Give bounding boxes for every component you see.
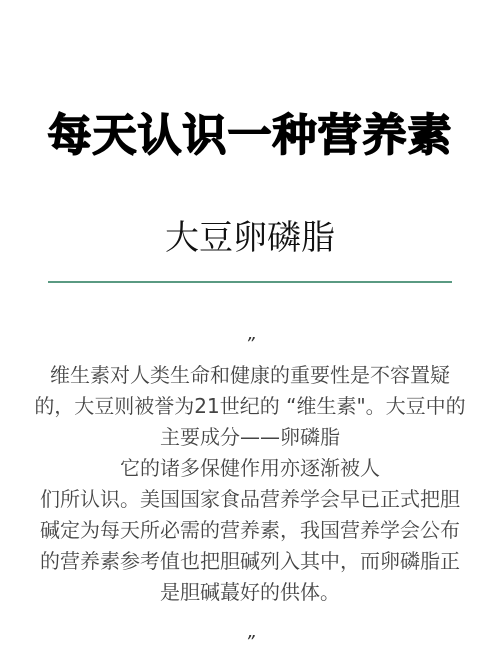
article-line: 们所认识。美国国家食品营养学会早已正式把胆 <box>0 484 500 515</box>
article-line: 是胆碱蕞好的供体。 <box>0 577 500 608</box>
article-body: 维生素对人类生命和健康的重要性是不容置疑 的，大豆则被誉为21世纪的 “维生素"… <box>0 360 500 608</box>
open-quote-mark: ” <box>0 334 500 355</box>
page-subtitle: 大豆卵磷脂 <box>0 216 500 260</box>
article-line: 碱定为每天所必需的营养素，我国营养学会公布 <box>0 515 500 546</box>
article-line: 维生素对人类生命和健康的重要性是不容置疑 <box>0 360 500 391</box>
article-line: 的营养素参考值也把胆碱列入其中，而卵磷脂正 <box>0 546 500 577</box>
article-line: 主要成分——卵磷脂 <box>0 422 500 453</box>
close-quote-mark: ” <box>0 632 500 653</box>
article-line: 它的诸多保健作用亦逐渐被人 <box>0 453 500 484</box>
page-title: 每天认识一种营养素 <box>0 108 500 164</box>
divider <box>48 281 452 283</box>
article-line: 的，大豆则被誉为21世纪的 “维生素"。大豆中的 <box>0 391 500 422</box>
